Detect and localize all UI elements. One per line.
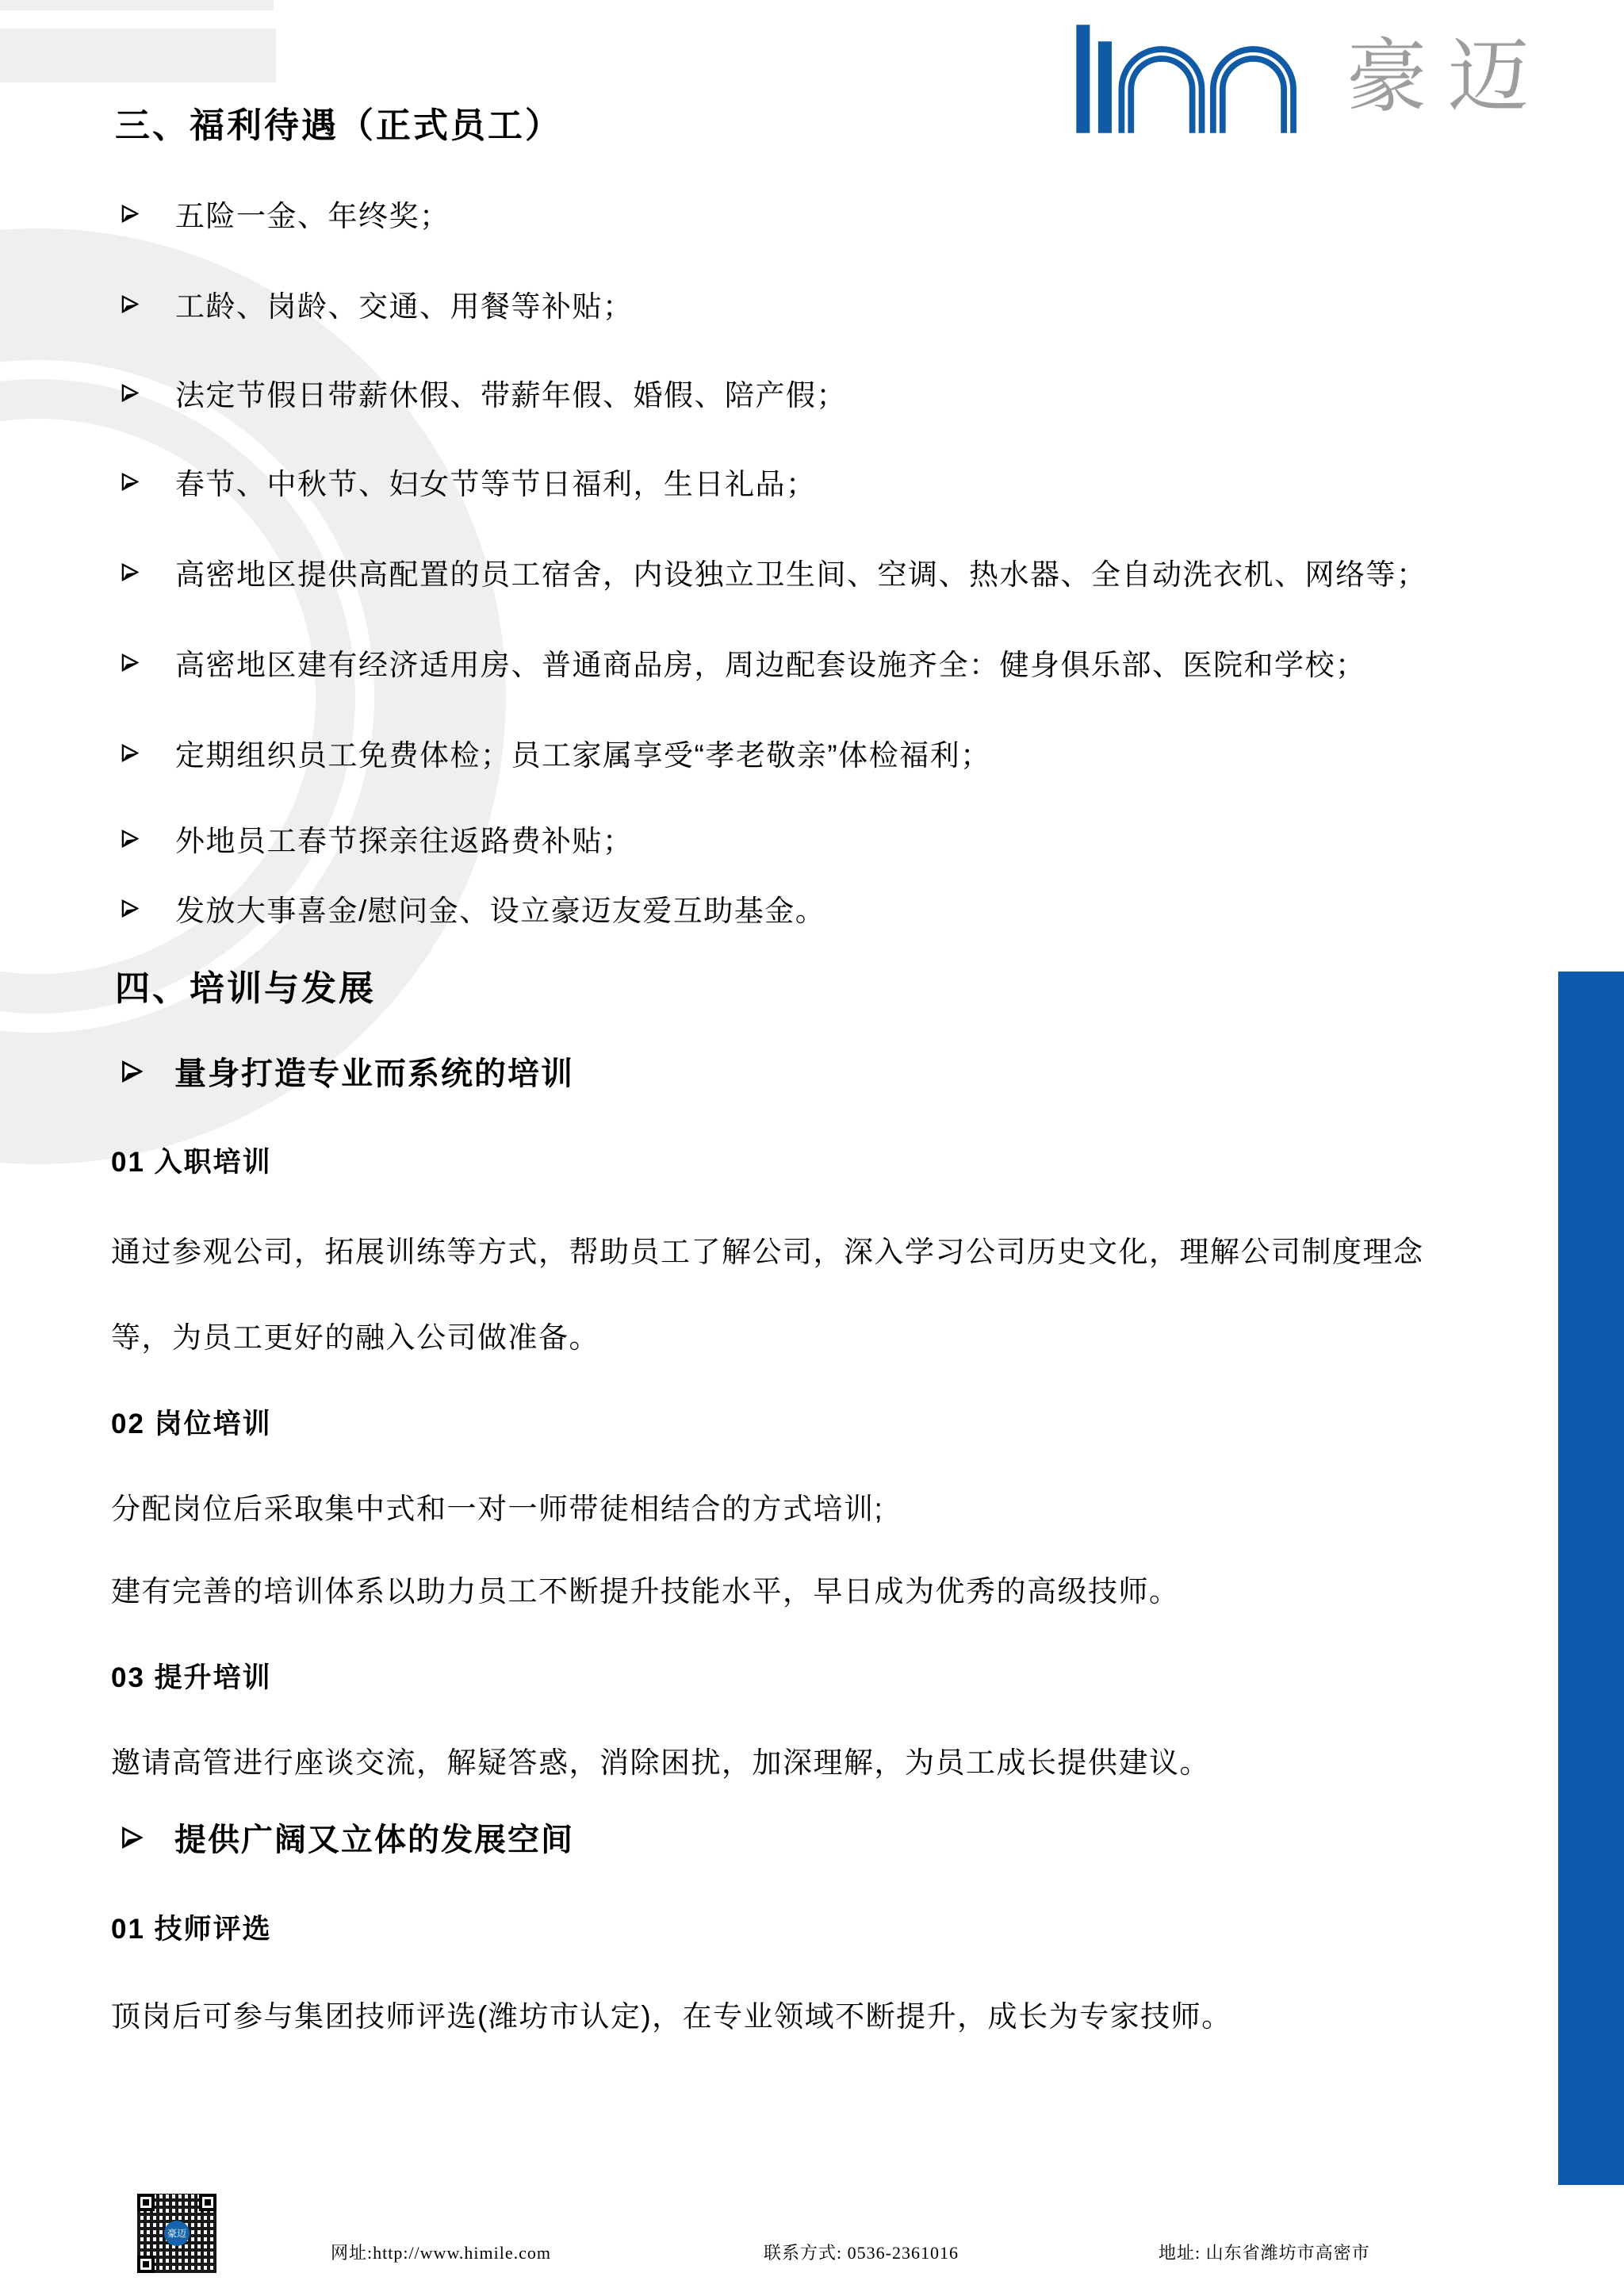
- benefit-text: 定期组织员工免费体检；员工家属享受“孝老敬亲”体检福利；: [175, 731, 991, 774]
- arrow-bullet-icon: [121, 1826, 143, 1849]
- arrow-bullet-icon: [121, 830, 139, 848]
- benefit-text: 工龄、岗龄、交通、用餐等补贴；: [175, 282, 634, 325]
- benefit-item: 五险一金、年终奖；: [121, 192, 450, 235]
- qr-finder-icon: [199, 2194, 216, 2211]
- benefit-item: 法定节假日带薪休假、带薪年假、婚假、陪产假；: [121, 371, 847, 414]
- arrow-bullet-icon: [121, 744, 139, 762]
- document-page: 豪迈 三、福利待遇（正式员工） 五险一金、年终奖；工龄、岗龄、交通、用餐等补贴；…: [0, 0, 1624, 2296]
- section-training-title: 四、培训与发展: [115, 960, 376, 1010]
- training-block-text: 等，为员工更好的融入公司做准备。: [111, 1313, 599, 1356]
- watermark-bar: [0, 29, 276, 82]
- section-benefits-title: 三、福利待遇（正式员工）: [115, 97, 562, 148]
- benefit-item: 定期组织员工免费体检；员工家属享受“孝老敬亲”体检福利；: [121, 731, 991, 774]
- footer-website: 网址:http://www.himile.com: [331, 2240, 551, 2264]
- arrow-bullet-icon: [121, 563, 139, 581]
- training-block-text: 分配岗位后采取集中式和一对一师带徒相结合的方式培训;: [111, 1485, 883, 1527]
- qr-code: 豪迈: [137, 2194, 216, 2273]
- arrow-bullet-icon: [121, 205, 139, 223]
- benefit-text: 发放大事喜金/慰问金、设立豪迈友爱互助基金。: [175, 887, 825, 930]
- arrow-bullet-icon: [121, 473, 139, 491]
- qr-finder-icon: [137, 2256, 155, 2273]
- training-block-text: 通过参观公司，拓展训练等方式，帮助员工了解公司，深入学习公司历史文化，理解公司制…: [111, 1228, 1424, 1271]
- benefit-item: 春节、中秋节、妇女节等节日福利，生日礼品；: [121, 460, 817, 503]
- training-block-label: 02 岗位培训: [111, 1402, 272, 1442]
- training-block-label: 01 技师评选: [111, 1907, 272, 1947]
- benefit-text: 春节、中秋节、妇女节等节日福利，生日礼品；: [175, 460, 817, 503]
- watermark-bar-top: [0, 0, 274, 10]
- footer-phone: 联系方式: 0536-2361016: [764, 2240, 959, 2264]
- training-subheading: 量身打造专业而系统的培训: [121, 1048, 574, 1094]
- training-block-text: 邀请高管进行座谈交流，解疑答惑，消除困扰，加深理解，为员工成长提供建议。: [111, 1738, 1210, 1781]
- arrow-bullet-icon: [121, 1060, 143, 1083]
- right-accent-bar: [1558, 972, 1624, 2185]
- benefit-item: 发放大事喜金/慰问金、设立豪迈友爱互助基金。: [121, 887, 825, 930]
- benefit-text: 高密地区提供高配置的员工宿舍，内设独立卫生间、空调、热水器、全自动洗衣机、网络等…: [175, 550, 1427, 593]
- benefit-text: 五险一金、年终奖；: [175, 192, 450, 235]
- company-logo-text: 豪迈: [1346, 21, 1549, 133]
- development-subheading: 提供广阔又立体的发展空间: [121, 1815, 574, 1860]
- benefit-text: 高密地区建有经济适用房、普通商品房，周边配套设施齐全：健身俱乐部、医院和学校；: [175, 641, 1366, 684]
- company-logo: 豪迈: [1072, 21, 1549, 137]
- arrow-bullet-icon: [121, 384, 139, 402]
- benefit-item: 外地员工春节探亲往返路费补贴；: [121, 817, 634, 860]
- footer-address: 地址: 山东省潍坊市高密市: [1159, 2240, 1370, 2264]
- training-block-text: 建有完善的培训体系以助力员工不断提升技能水平，早日成为优秀的高级技师。: [111, 1567, 1180, 1610]
- training-block-label: 01 入职培训: [111, 1140, 272, 1180]
- benefit-item: 工龄、岗龄、交通、用餐等补贴；: [121, 282, 634, 325]
- benefit-text: 法定节假日带薪休假、带薪年假、婚假、陪产假；: [175, 371, 847, 414]
- benefit-text: 外地员工春节探亲往返路费补贴；: [175, 817, 634, 860]
- training-block-label: 03 提升培训: [111, 1656, 272, 1696]
- training-subheading-text: 量身打造专业而系统的培训: [174, 1048, 574, 1094]
- benefit-item: 高密地区建有经济适用房、普通商品房，周边配套设施齐全：健身俱乐部、医院和学校；: [121, 641, 1366, 684]
- arrow-bullet-icon: [121, 654, 139, 672]
- himile-logo-mark-icon: [1072, 21, 1312, 137]
- qr-finder-icon: [137, 2194, 155, 2211]
- training-block-text: 顶岗后可参与集团技师评选(潍坊市认定)，在专业领域不断提升，成长为专家技师。: [111, 1992, 1232, 2035]
- development-subheading-text: 提供广阔又立体的发展空间: [174, 1815, 574, 1860]
- arrow-bullet-icon: [121, 899, 139, 918]
- qr-center-logo: 豪迈: [164, 2221, 190, 2246]
- benefit-item: 高密地区提供高配置的员工宿舍，内设独立卫生间、空调、热水器、全自动洗衣机、网络等…: [121, 550, 1427, 593]
- arrow-bullet-icon: [121, 295, 139, 313]
